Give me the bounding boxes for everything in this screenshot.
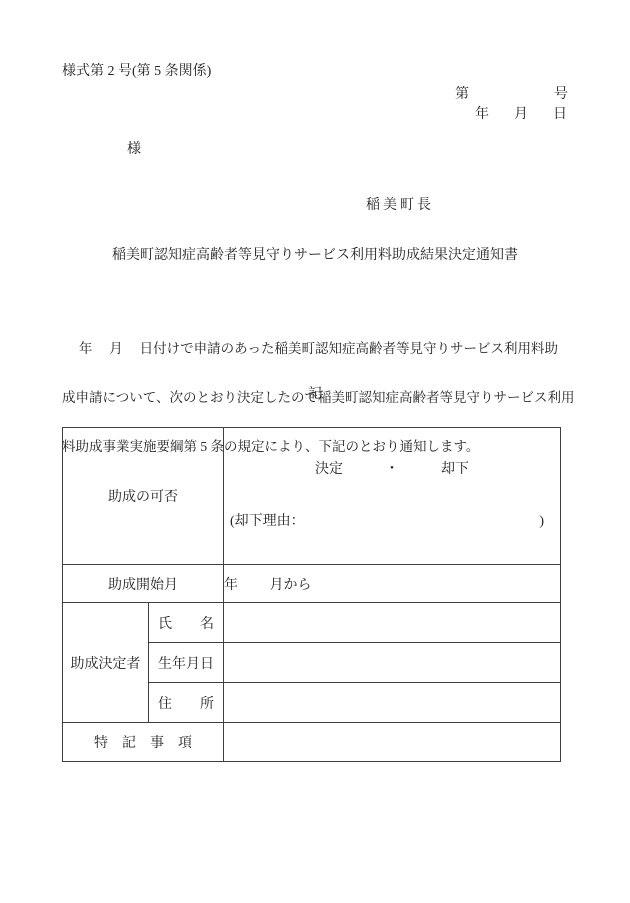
start-month-label-cell: 助成開始月 bbox=[63, 565, 224, 603]
special-notes-row: 特 記 事 項 bbox=[63, 723, 561, 762]
rejection-reason-close: ) bbox=[539, 512, 544, 532]
name-row: 助成決定者 氏 名 bbox=[63, 603, 561, 643]
approval-row: 助成の可否 決定 ・ 却下 (却下理由： ) bbox=[63, 428, 561, 565]
rejection-reason-open: (却下理由： bbox=[230, 512, 305, 532]
doc-number-prefix: 第 bbox=[455, 88, 469, 102]
name-label-cell: 氏 名 bbox=[149, 603, 224, 643]
start-month-value-cell: 年 月から bbox=[224, 565, 561, 603]
decision-options: 決定 ・ 却下 bbox=[224, 460, 560, 480]
birthdate-label-cell: 生年月日 bbox=[149, 643, 224, 683]
body-line-1: 年 月 日付けで申請のあった稲美町認知症高齢者等見守りサービス利用料助 bbox=[62, 339, 574, 360]
rejection-reason-line: (却下理由： ) bbox=[224, 512, 560, 532]
address-value-cell bbox=[224, 683, 561, 723]
approval-value-cell: 決定 ・ 却下 (却下理由： ) bbox=[224, 428, 561, 565]
recipient-honorific: 様 bbox=[127, 143, 141, 157]
document-title: 稲美町認知症高齢者等見守りサービス利用料助成結果決定通知書 bbox=[0, 249, 630, 263]
form-number: 様式第 2 号(第 5 条関係) bbox=[62, 65, 211, 79]
date-month-label: 月 bbox=[514, 108, 528, 122]
decision-table: 助成の可否 決定 ・ 却下 (却下理由： ) 助成開始月 年 月から 助成決定者… bbox=[62, 427, 561, 762]
date-day-label: 日 bbox=[553, 108, 567, 122]
start-month-row: 助成開始月 年 月から bbox=[63, 565, 561, 603]
date-line: 年 月 日 bbox=[475, 108, 567, 122]
sender-name: 稲美町長 bbox=[366, 199, 434, 213]
special-notes-value-cell bbox=[224, 723, 561, 762]
special-notes-label-cell: 特 記 事 項 bbox=[63, 723, 224, 762]
document-page: 様式第 2 号(第 5 条関係) 第 号 年 月 日 様 稲美町長 稲美町認知症… bbox=[0, 0, 630, 903]
record-marker: 記 bbox=[0, 388, 630, 402]
decision-person-label-cell: 助成決定者 bbox=[63, 603, 149, 723]
document-number-line: 第 号 bbox=[455, 88, 568, 102]
date-year-label: 年 bbox=[475, 108, 489, 122]
name-value-cell bbox=[224, 603, 561, 643]
address-label-cell: 住 所 bbox=[149, 683, 224, 723]
birthdate-value-cell bbox=[224, 643, 561, 683]
approval-label-cell: 助成の可否 bbox=[63, 428, 224, 565]
doc-number-suffix: 号 bbox=[554, 88, 568, 102]
